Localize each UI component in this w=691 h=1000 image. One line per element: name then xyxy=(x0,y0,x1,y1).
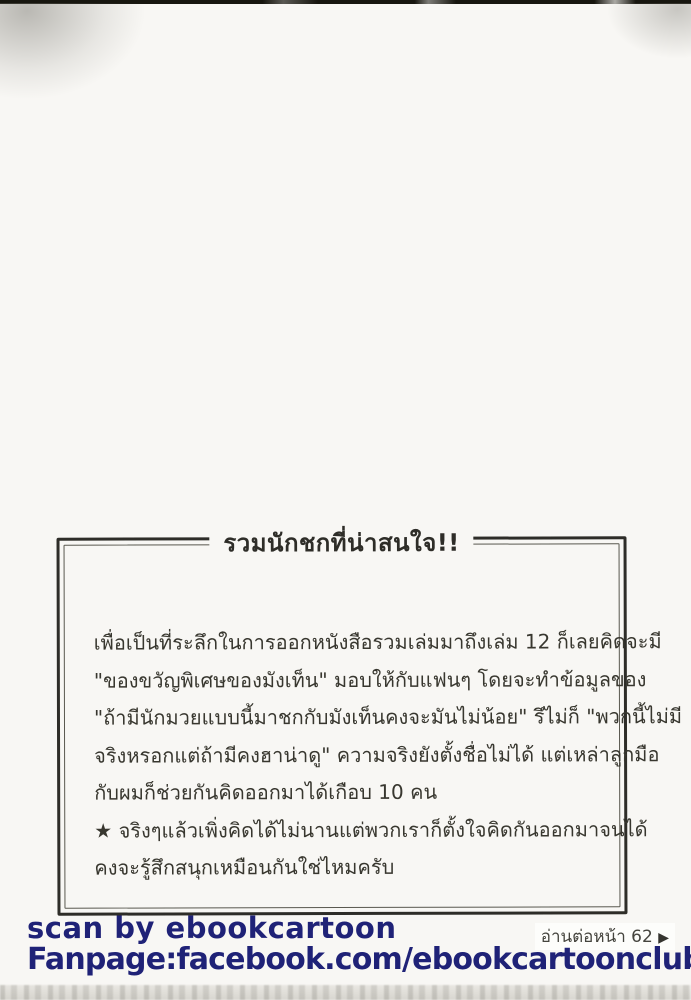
fanpage-credit: Fanpage:facebook.com/ebookcartoonclub xyxy=(27,942,691,977)
note-title: รวมนักชกที่น่าสนใจ!! xyxy=(209,523,473,563)
scan-noise-bottom xyxy=(0,985,691,1000)
scan-smudge-top-right xyxy=(601,3,691,63)
note-line: กับผมก็ช่วยกันคิดออกมาได้เกือบ 10 คน xyxy=(94,773,608,812)
scan-credit: scan by ebookcartoon xyxy=(27,911,397,945)
note-line: "ถ้ามีนักมวยแบบนี้มาชกกับมังเท็นคงจะมันไ… xyxy=(94,698,608,737)
author-note-box: รวมนักชกที่น่าสนใจ!! เพื่อเป็นที่ระลึกใน… xyxy=(57,536,628,915)
note-body: เพื่อเป็นที่ระลึกในการออกหนังสือรวมเล่มม… xyxy=(94,623,609,887)
note-line: ★ จริงๆแล้วเพิ่งคิดได้ไม่นานแต่พวกเราก็ต… xyxy=(94,811,608,850)
scanned-comic-page: รวมนักชกที่น่าสนใจ!! เพื่อเป็นที่ระลึกใน… xyxy=(0,0,691,1000)
note-line: คงจะรู้สึกสนุกเหมือนกันใช่ไหมครับ xyxy=(94,848,608,887)
note-line: จริงหรอกแต่ถ้ามีคงฮาน่าดู" ความจริงยังตั… xyxy=(94,736,608,775)
scan-smudge-top-left xyxy=(0,3,150,103)
note-line: เพื่อเป็นที่ระลึกในการออกหนังสือรวมเล่มม… xyxy=(94,623,608,662)
note-line: "ของขวัญพิเศษของมังเท็น" มอบให้กับแฟนๆ โ… xyxy=(94,661,608,700)
